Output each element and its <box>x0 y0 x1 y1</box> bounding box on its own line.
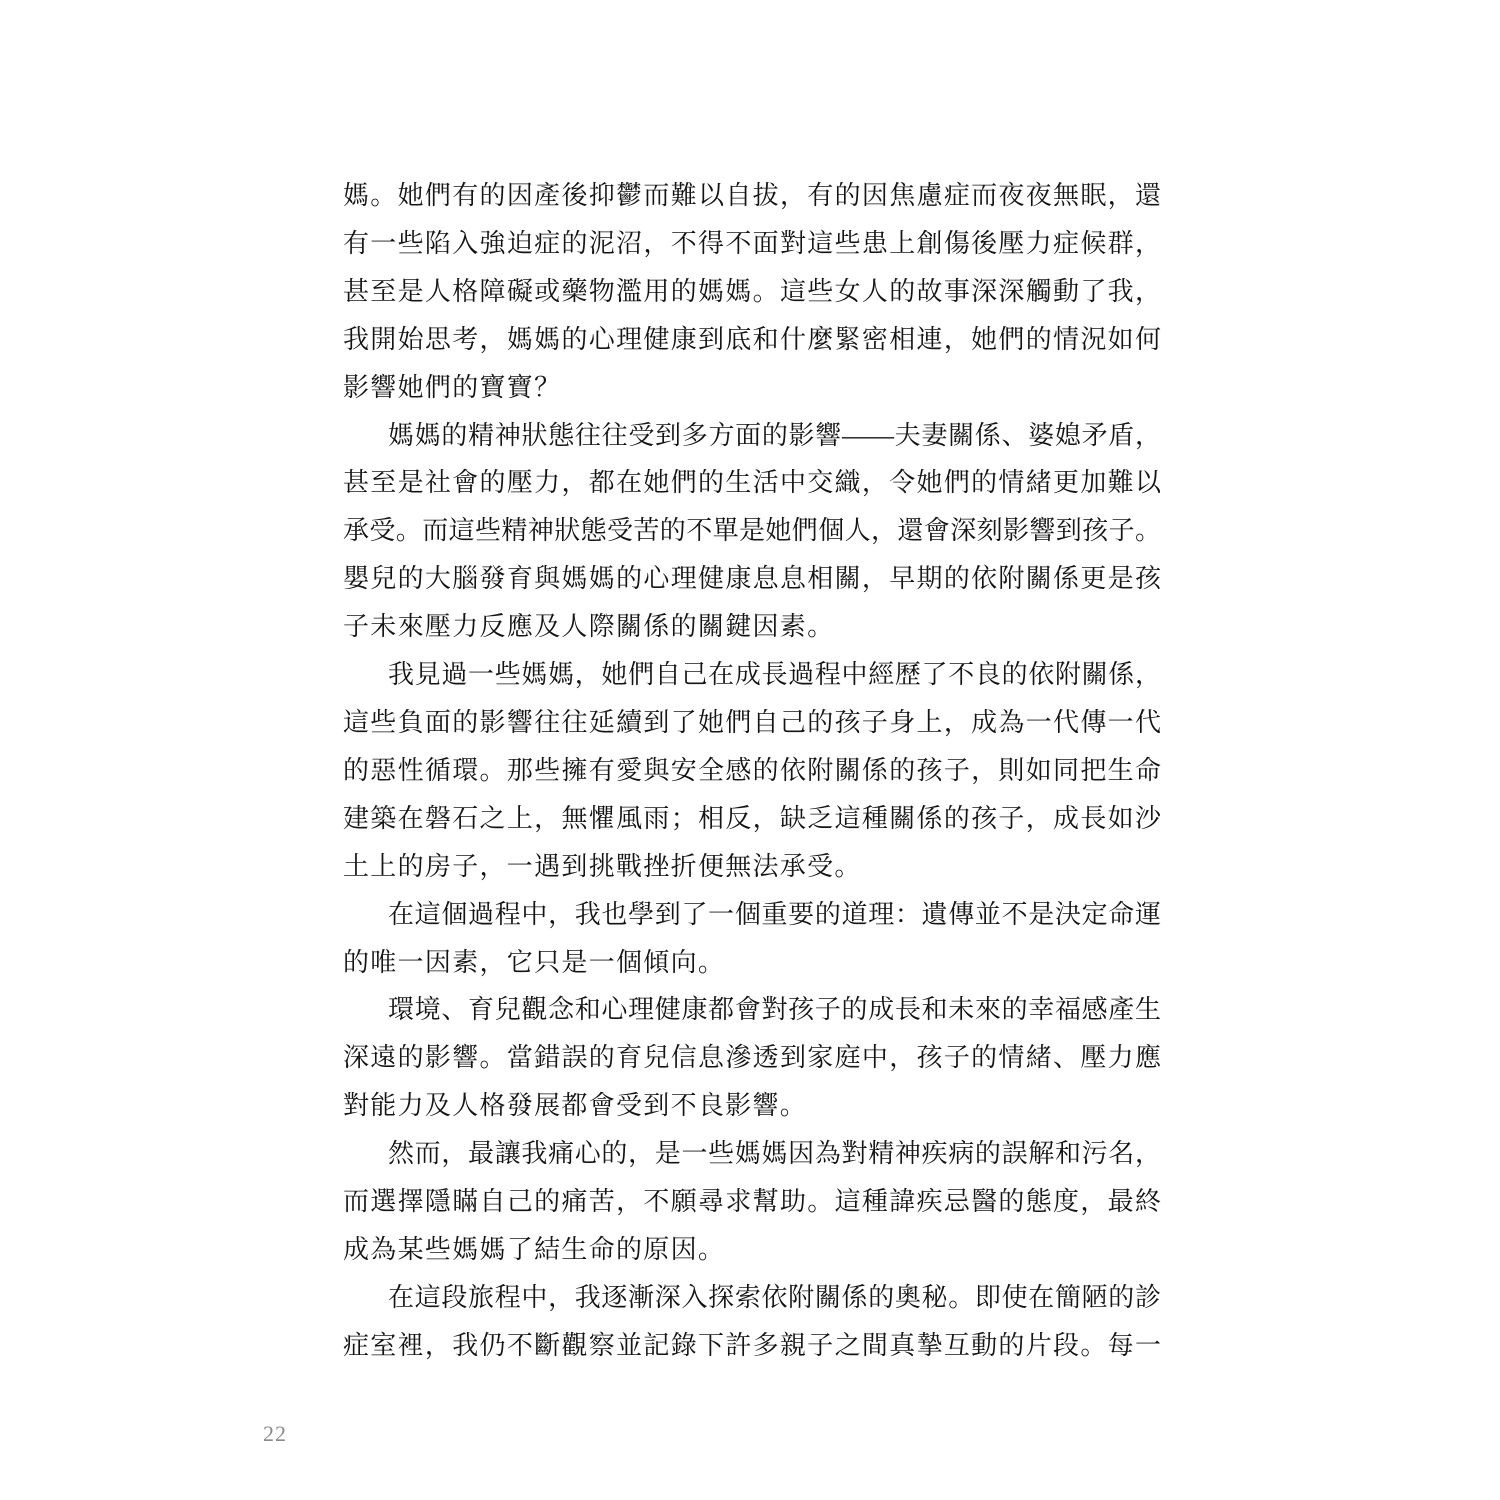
paragraph: 然而，最讓我痛心的，是一些媽媽因為對精神疾病的誤解和污名， 而選擇隱瞞自己的痛苦… <box>343 1130 1161 1274</box>
text-line: 環境、育兒觀念和心理健康都會對孩子的成長和未來的幸福感產生 <box>343 986 1161 1034</box>
text-line: 我開始思考，媽媽的心理健康到底和什麼緊密相連，她們的情況如何 <box>343 316 1161 364</box>
paragraph: 環境、育兒觀念和心理健康都會對孩子的成長和未來的幸福感產生 深遠的影響。當錯誤的… <box>343 986 1161 1130</box>
text-line: 媽媽的精神狀態往往受到多方面的影響——夫妻關係、婆媳矛盾， <box>343 412 1161 460</box>
text-line: 影響她們的寶寶？ <box>343 364 1161 412</box>
text-line: 的惡性循環。那些擁有愛與安全感的依附關係的孩子，則如同把生命 <box>343 747 1161 795</box>
page-number: 22 <box>263 1421 287 1447</box>
text-line: 深遠的影響。當錯誤的育兒信息滲透到家庭中，孩子的情緒、壓力應 <box>343 1034 1161 1082</box>
text-line: 甚至是社會的壓力，都在她們的生活中交織，令她們的情緒更加難以 <box>343 459 1161 507</box>
text-line: 這些負面的影響往往延續到了她們自己的孩子身上，成為一代傳一代 <box>343 699 1161 747</box>
book-page: 媽。她們有的因產後抑鬱而難以自拔，有的因焦慮症而夜夜無眠，還 有一些陷入強迫症的… <box>0 0 1500 1500</box>
paragraph: 媽媽的精神狀態往往受到多方面的影響——夫妻關係、婆媳矛盾， 甚至是社會的壓力，都… <box>343 412 1161 652</box>
body-text: 媽。她們有的因產後抑鬱而難以自拔，有的因焦慮症而夜夜無眠，還 有一些陷入強迫症的… <box>343 172 1161 1370</box>
text-line: 在這段旅程中，我逐漸深入探索依附關係的奧秘。即使在簡陋的診 <box>343 1274 1161 1322</box>
text-line: 然而，最讓我痛心的，是一些媽媽因為對精神疾病的誤解和污名， <box>343 1130 1161 1178</box>
paragraph: 媽。她們有的因產後抑鬱而難以自拔，有的因焦慮症而夜夜無眠，還 有一些陷入強迫症的… <box>343 172 1161 412</box>
text-line: 土上的房子，一遇到挑戰挫折便無法承受。 <box>343 843 1161 891</box>
text-line: 我見過一些媽媽，她們自己在成長過程中經歷了不良的依附關係， <box>343 651 1161 699</box>
text-line: 媽。她們有的因產後抑鬱而難以自拔，有的因焦慮症而夜夜無眠，還 <box>343 172 1161 220</box>
text-line: 子未來壓力反應及人際關係的關鍵因素。 <box>343 603 1161 651</box>
text-line: 建築在磐石之上，無懼風雨；相反，缺乏這種關係的孩子，成長如沙 <box>343 795 1161 843</box>
paragraph: 在這個過程中，我也學到了一個重要的道理：遺傳並不是決定命運 的唯一因素，它只是一… <box>343 891 1161 987</box>
text-line: 而選擇隱瞞自己的痛苦，不願尋求幫助。這種諱疾忌醫的態度，最終 <box>343 1178 1161 1226</box>
text-line: 對能力及人格發展都會受到不良影響。 <box>343 1082 1161 1130</box>
text-line: 甚至是人格障礙或藥物濫用的媽媽。這些女人的故事深深觸動了我， <box>343 268 1161 316</box>
text-line: 有一些陷入強迫症的泥沼，不得不面對這些患上創傷後壓力症候群， <box>343 220 1161 268</box>
paragraph: 在這段旅程中，我逐漸深入探索依附關係的奧秘。即使在簡陋的診 症室裡，我仍不斷觀察… <box>343 1274 1161 1370</box>
text-line: 成為某些媽媽了結生命的原因。 <box>343 1226 1161 1274</box>
text-line: 的唯一因素，它只是一個傾向。 <box>343 939 1161 987</box>
text-line: 在這個過程中，我也學到了一個重要的道理：遺傳並不是決定命運 <box>343 891 1161 939</box>
text-line: 嬰兒的大腦發育與媽媽的心理健康息息相關，早期的依附關係更是孩 <box>343 555 1161 603</box>
paragraph: 我見過一些媽媽，她們自己在成長過程中經歷了不良的依附關係， 這些負面的影響往往延… <box>343 651 1161 891</box>
text-line: 承受。而這些精神狀態受苦的不單是她們個人，還會深刻影響到孩子。 <box>343 507 1161 555</box>
text-line: 症室裡，我仍不斷觀察並記錄下許多親子之間真摯互動的片段。每一 <box>343 1322 1161 1370</box>
